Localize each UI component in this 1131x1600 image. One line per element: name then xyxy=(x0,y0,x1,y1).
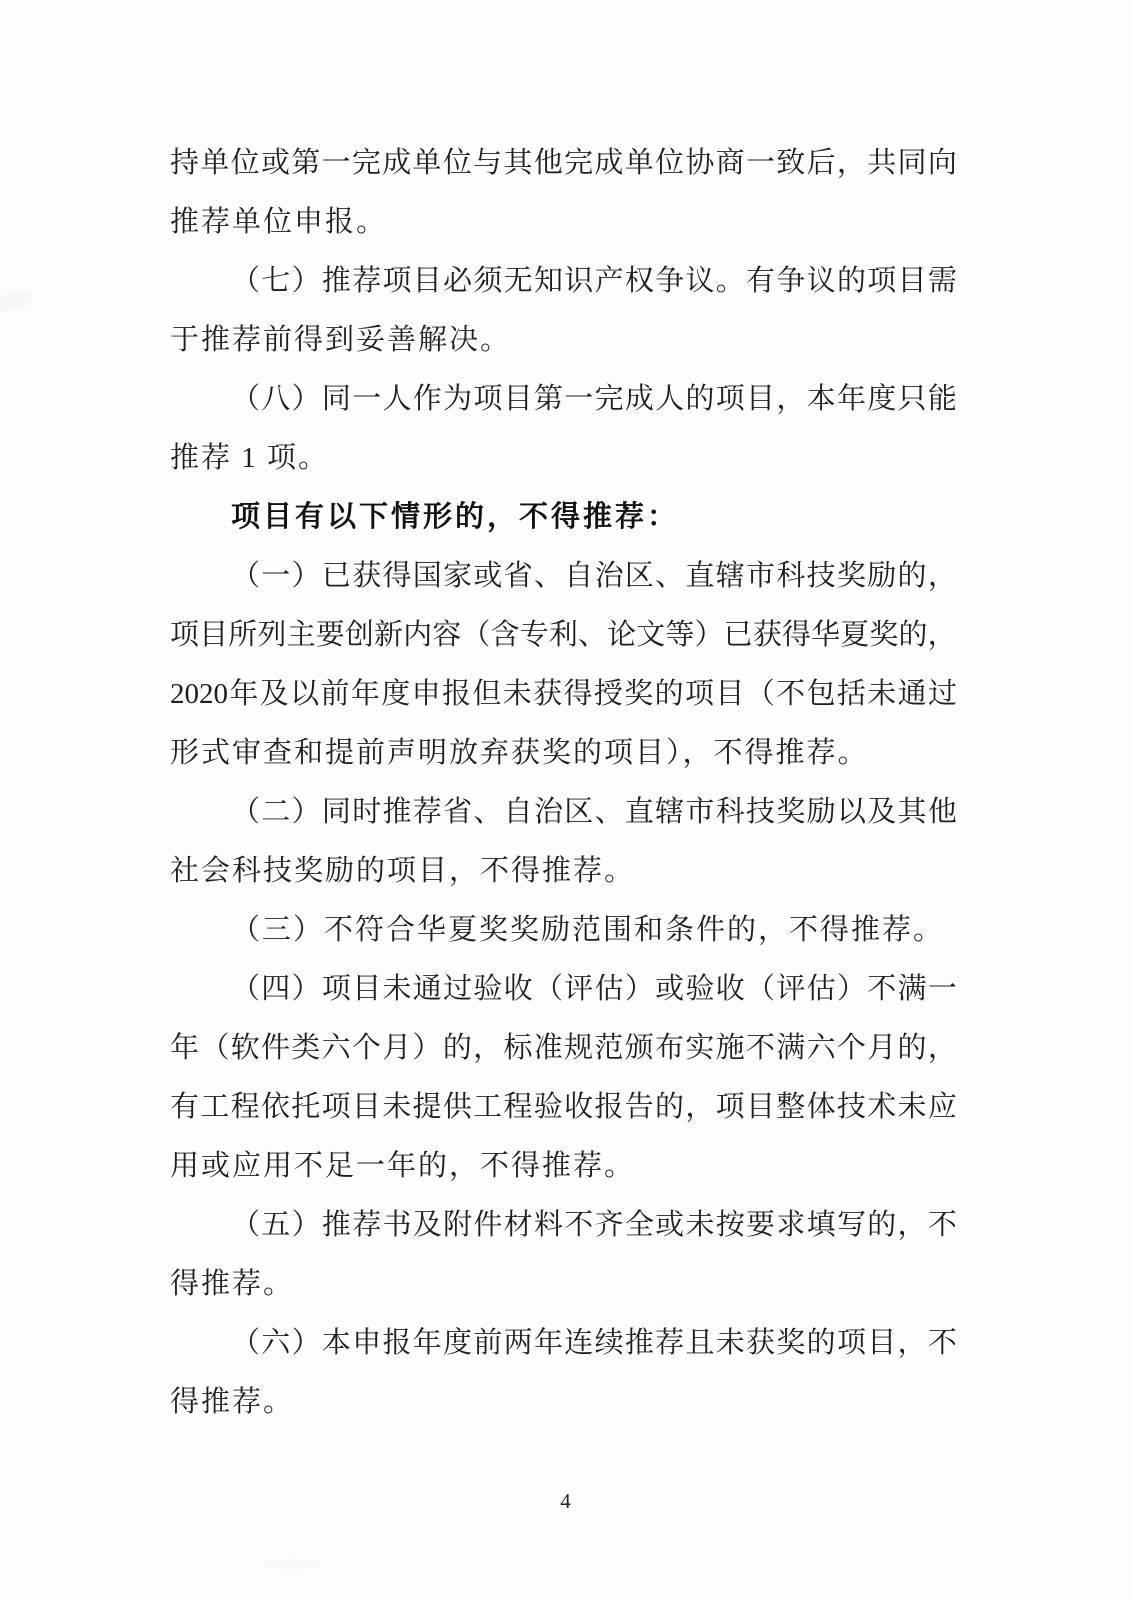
scan-artifact xyxy=(0,286,36,316)
paragraph: （二）同时推荐省、自治区、直辖市科技奖励以及其他社会科技奖励的项目，不得推荐。 xyxy=(170,783,957,901)
text-line: 用或应用不足一年的，不得推荐。 xyxy=(170,1137,957,1196)
text-line: （一）已获得国家或省、自治区、直辖市科技奖励的， xyxy=(170,547,957,606)
paragraph: （五）推荐书及附件材料不齐全或未按要求填写的，不得推荐。 xyxy=(170,1196,957,1314)
paragraph: （八）同一人作为项目第一完成人的项目，本年度只能推荐 1 项。 xyxy=(170,370,957,488)
text-line: 推荐 1 项。 xyxy=(170,429,957,488)
paragraph: （一）已获得国家或省、自治区、直辖市科技奖励的，项目所列主要创新内容（含专利、论… xyxy=(170,547,957,783)
text-line: （八）同一人作为项目第一完成人的项目，本年度只能 xyxy=(170,370,957,429)
text-line: 得推荐。 xyxy=(170,1373,957,1432)
page-number: 4 xyxy=(0,1486,1131,1516)
text-line: （四）项目未通过验收（评估）或验收（评估）不满一 xyxy=(170,960,957,1019)
text-line: 得推荐。 xyxy=(170,1255,957,1314)
text-line: （六）本申报年度前两年连续推荐且未获奖的项目，不 xyxy=(170,1314,957,1373)
text-line: （三）不符合华夏奖奖励范围和条件的，不得推荐。 xyxy=(170,901,957,960)
text-line: 形式审查和提前声明放弃获奖的项目），不得推荐。 xyxy=(170,724,957,783)
text-line: 社会科技奖励的项目，不得推荐。 xyxy=(170,842,957,901)
text-line: 年（软件类六个月）的，标准规范颁布实施不满六个月的， xyxy=(170,1019,957,1078)
section-heading: 项目有以下情形的，不得推荐： xyxy=(170,488,957,547)
text-line: （七）推荐项目必须无知识产权争议。有争议的项目需 xyxy=(170,252,957,311)
text-line: 2020 年及以前年度申报但未获得授奖的项目（不包括未通过 xyxy=(170,665,957,724)
text-line: 于推荐前得到妥善解决。 xyxy=(170,311,957,370)
document-body: 持单位或第一完成单位与其他完成单位协商一致后，共同向推荐单位申报。（七）推荐项目… xyxy=(170,134,957,1432)
text-line: 有工程依托项目未提供工程验收报告的，项目整体技术未应 xyxy=(170,1078,957,1137)
text-line: （二）同时推荐省、自治区、直辖市科技奖励以及其他 xyxy=(170,783,957,842)
text-line: 项目有以下情形的，不得推荐： xyxy=(170,488,957,547)
paragraph: （七）推荐项目必须无知识产权争议。有争议的项目需于推荐前得到妥善解决。 xyxy=(170,252,957,370)
document-page: 持单位或第一完成单位与其他完成单位协商一致后，共同向推荐单位申报。（七）推荐项目… xyxy=(0,0,1131,1600)
paragraph: （三）不符合华夏奖奖励范围和条件的，不得推荐。 xyxy=(170,901,957,960)
paragraph: （六）本申报年度前两年连续推荐且未获奖的项目，不得推荐。 xyxy=(170,1314,957,1432)
text-line: 持单位或第一完成单位与其他完成单位协商一致后，共同向 xyxy=(170,134,957,193)
paragraph: 持单位或第一完成单位与其他完成单位协商一致后，共同向推荐单位申报。 xyxy=(170,134,957,252)
text-line: 推荐单位申报。 xyxy=(170,193,957,252)
paragraph: （四）项目未通过验收（评估）或验收（评估）不满一年（软件类六个月）的，标准规范颁… xyxy=(170,960,957,1196)
text-line: 项目所列主要创新内容（含专利、论文等）已获得华夏奖的， xyxy=(170,606,957,665)
text-line: （五）推荐书及附件材料不齐全或未按要求填写的，不 xyxy=(170,1196,957,1255)
scan-artifact xyxy=(262,1560,322,1568)
